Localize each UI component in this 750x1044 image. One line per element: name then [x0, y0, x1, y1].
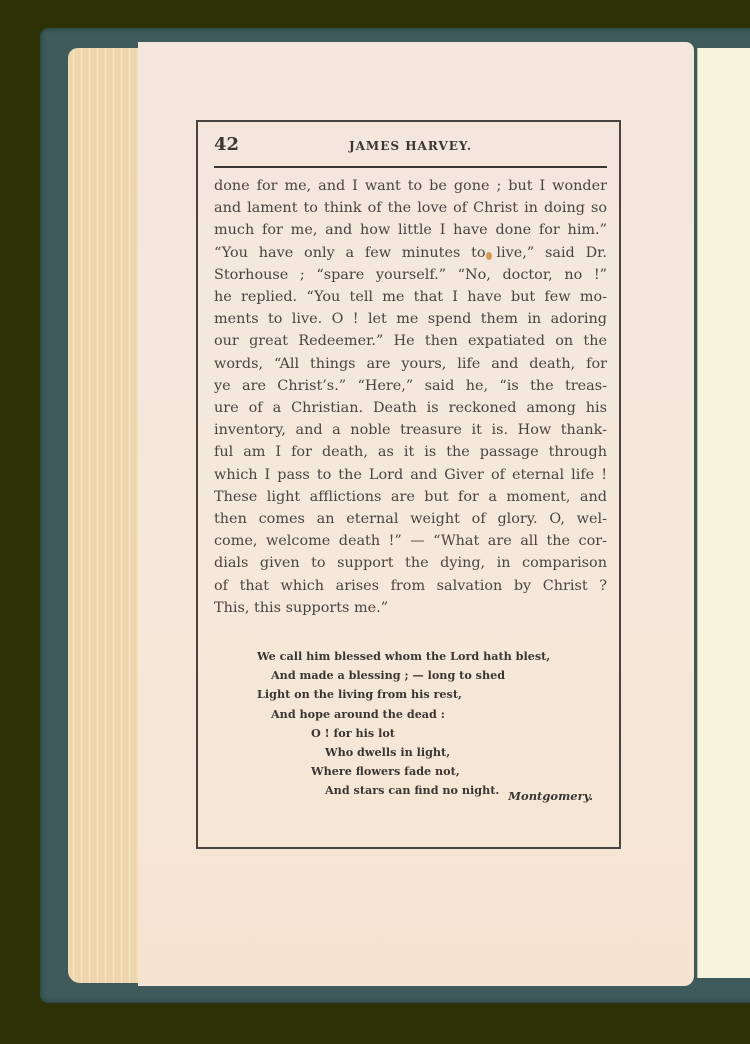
poem-attribution: Montgomery. [508, 789, 593, 803]
text-frame: 42 JAMES HARVEY. done for me, and I want… [196, 120, 621, 849]
body-line: he replied. “You tell me that I have but… [214, 286, 607, 308]
body-line: ure of a Christian. Death is reckoned am… [214, 397, 607, 419]
poem-line: And stars can find no night. [257, 781, 550, 800]
body-line: dials given to support the dying, in com… [214, 552, 607, 574]
body-line: done for me, and I want to be gone ; but… [214, 175, 607, 197]
running-head-title: JAMES HARVEY. [214, 139, 607, 153]
body-line: of that which arises from salvation by C… [214, 575, 607, 597]
body-line: These light afflictions are but for a mo… [214, 486, 607, 508]
body-line: ye are Christ’s.” “Here,” said he, “is t… [214, 375, 607, 397]
poem-line: We call him blessed whom the Lord hath b… [257, 647, 550, 666]
body-line: words, “All things are yours, life and d… [214, 353, 607, 375]
body-line: inventory, and a noble treasure it is. H… [214, 419, 607, 441]
poem: We call him blessed whom the Lord hath b… [257, 647, 550, 801]
poem-line: Light on the living from his rest, [257, 685, 550, 704]
ink-stain [486, 252, 492, 260]
header-rule [214, 166, 607, 168]
body-line: ments to live. O ! let me spend them in … [214, 308, 607, 330]
body-line: Storhouse ; “spare yourself.” “No, docto… [214, 264, 607, 286]
body-line: This, this supports me.” [214, 597, 607, 619]
body-line: which I pass to the Lord and Giver of et… [214, 464, 607, 486]
poem-line: Who dwells in light, [257, 743, 550, 762]
body-line: our great Redeemer.” He then expatiated … [214, 330, 607, 352]
body-line: come, welcome death !” — “What are all t… [214, 530, 607, 552]
body-line: much for me, and how little I have done … [214, 219, 607, 241]
poem-line: And made a blessing ; — long to shed [257, 666, 550, 685]
body-line: ful am I for death, as it is the passage… [214, 441, 607, 463]
body-line: and lament to think of the love of Chris… [214, 197, 607, 219]
poem-line: And hope around the dead : [257, 705, 550, 724]
body-line: “You have only a few minutes to live,” s… [214, 242, 607, 264]
body-text: done for me, and I want to be gone ; but… [214, 175, 607, 619]
facing-page-edge [697, 48, 750, 978]
body-line: then comes an eternal weight of glory. O… [214, 508, 607, 530]
poem-line: Where flowers fade not, [257, 762, 550, 781]
poem-line: O ! for his lot [257, 724, 550, 743]
running-head: 42 JAMES HARVEY. [214, 134, 607, 160]
page-edges [68, 48, 140, 983]
